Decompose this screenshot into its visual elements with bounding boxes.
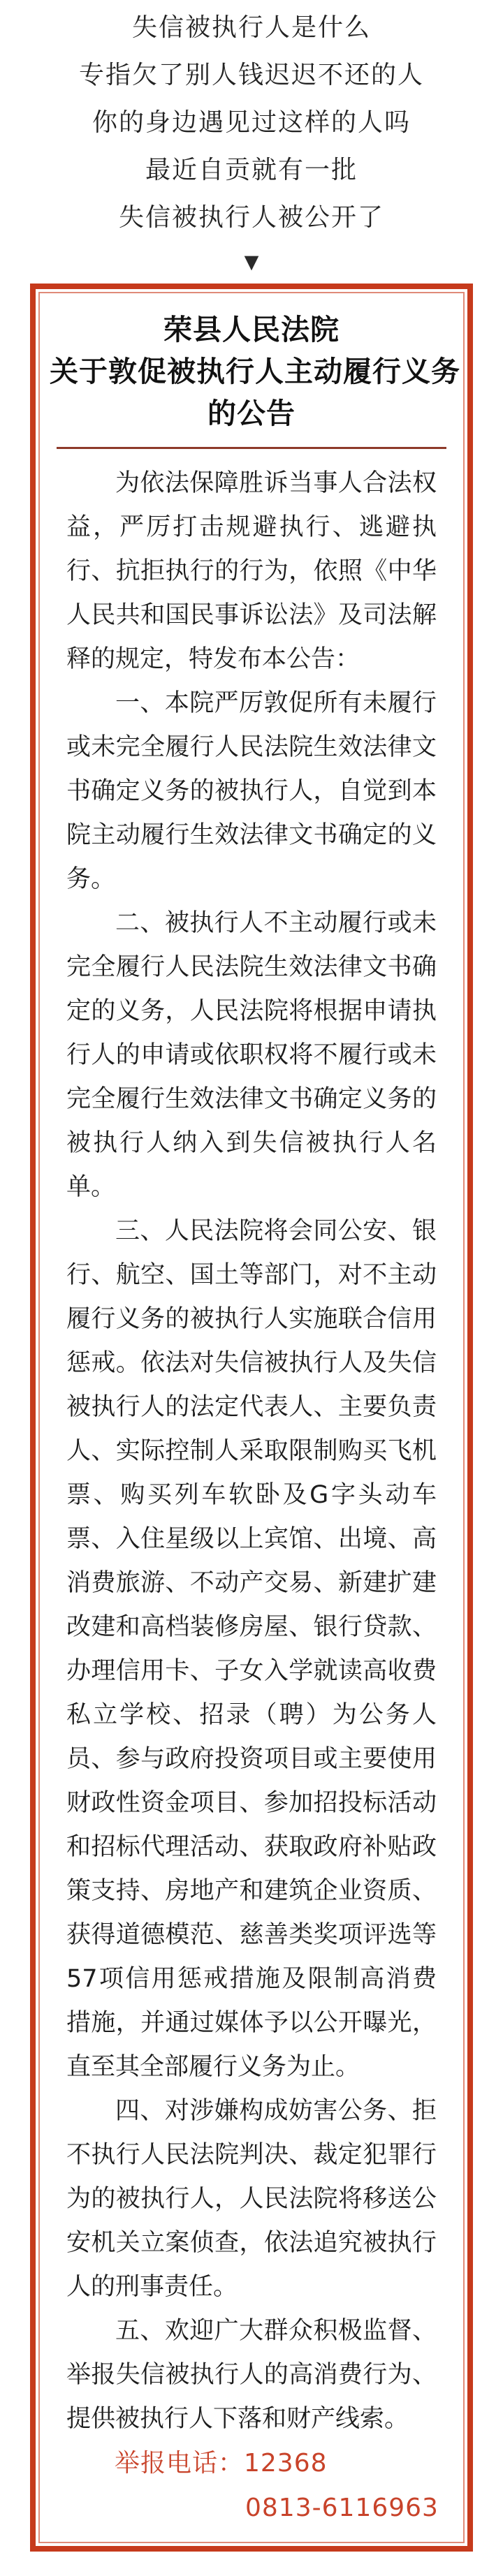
- intro-line-4: 最近自贡就有一批: [0, 147, 503, 194]
- intro-line-5: 失信被执行人被公开了: [0, 194, 503, 242]
- hotline-label-and-number: 举报电话：12368: [66, 2441, 437, 2486]
- paragraph-preamble: 为依法保障胜诉当事人合法权益，严厉打击规避执行、逃避执行、抗拒执行的行为，依照《…: [66, 462, 437, 682]
- paragraph-item-2: 二、被执行人不主动履行或未完全履行人民法院生效法律文书确定的义务，人民法院将根据…: [66, 901, 437, 1209]
- hotline-phone-number: 0813-6116963: [66, 2486, 437, 2531]
- intro-line-3: 你的身边遇见过这样的人吗: [0, 99, 503, 147]
- notice-title-line-3: 的公告: [50, 392, 453, 434]
- intro-section: 失信被执行人是什么 专指欠了别人钱迟迟不还的人 你的身边遇见过这样的人吗 最近自…: [0, 0, 503, 284]
- intro-line-1: 失信被执行人是什么: [0, 4, 503, 52]
- paragraph-item-5: 五、欢迎广大群众积极监督、举报失信被执行人的高消费行为、提供被执行人下落和财产线…: [66, 2309, 437, 2441]
- intro-line-2: 专指欠了别人钱迟迟不还的人: [0, 52, 503, 99]
- notice-title-line-1: 荣县人民法院: [50, 309, 453, 351]
- paragraph-item-3: 三、人民法院将会同公安、银行、航空、国土等部门，对不主动履行义务的被执行人实施联…: [66, 1209, 437, 2089]
- notice-title: 荣县人民法院 关于敦促被执行人主动履行义务 的公告: [40, 293, 463, 434]
- paragraph-item-1: 一、本院严厉敦促所有未履行或未完全履行人民法院生效法律文书确定义务的被执行人，自…: [66, 682, 437, 901]
- hotline-section: 举报电话：12368 0813-6116963: [40, 2441, 463, 2542]
- notice-box-inner-frame: 荣县人民法院 关于敦促被执行人主动履行义务 的公告 为依法保障胜诉当事人合法权益…: [38, 292, 465, 2543]
- notice-box: 荣县人民法院 关于敦促被执行人主动履行义务 的公告 为依法保障胜诉当事人合法权益…: [30, 284, 473, 2552]
- down-triangle-icon: ▼: [0, 242, 503, 284]
- notice-body: 为依法保障胜诉当事人合法权益，严厉打击规避执行、逃避执行、抗拒执行的行为，依照《…: [40, 449, 463, 2441]
- court-notice-poster: 失信被执行人是什么 专指欠了别人钱迟迟不还的人 你的身边遇见过这样的人吗 最近自…: [0, 0, 503, 2576]
- notice-title-line-2: 关于敦促被执行人主动履行义务: [50, 351, 453, 392]
- paragraph-item-4: 四、对涉嫌构成妨害公务、拒不执行人民法院判决、裁定犯罪行为的被执行人，人民法院将…: [66, 2089, 437, 2309]
